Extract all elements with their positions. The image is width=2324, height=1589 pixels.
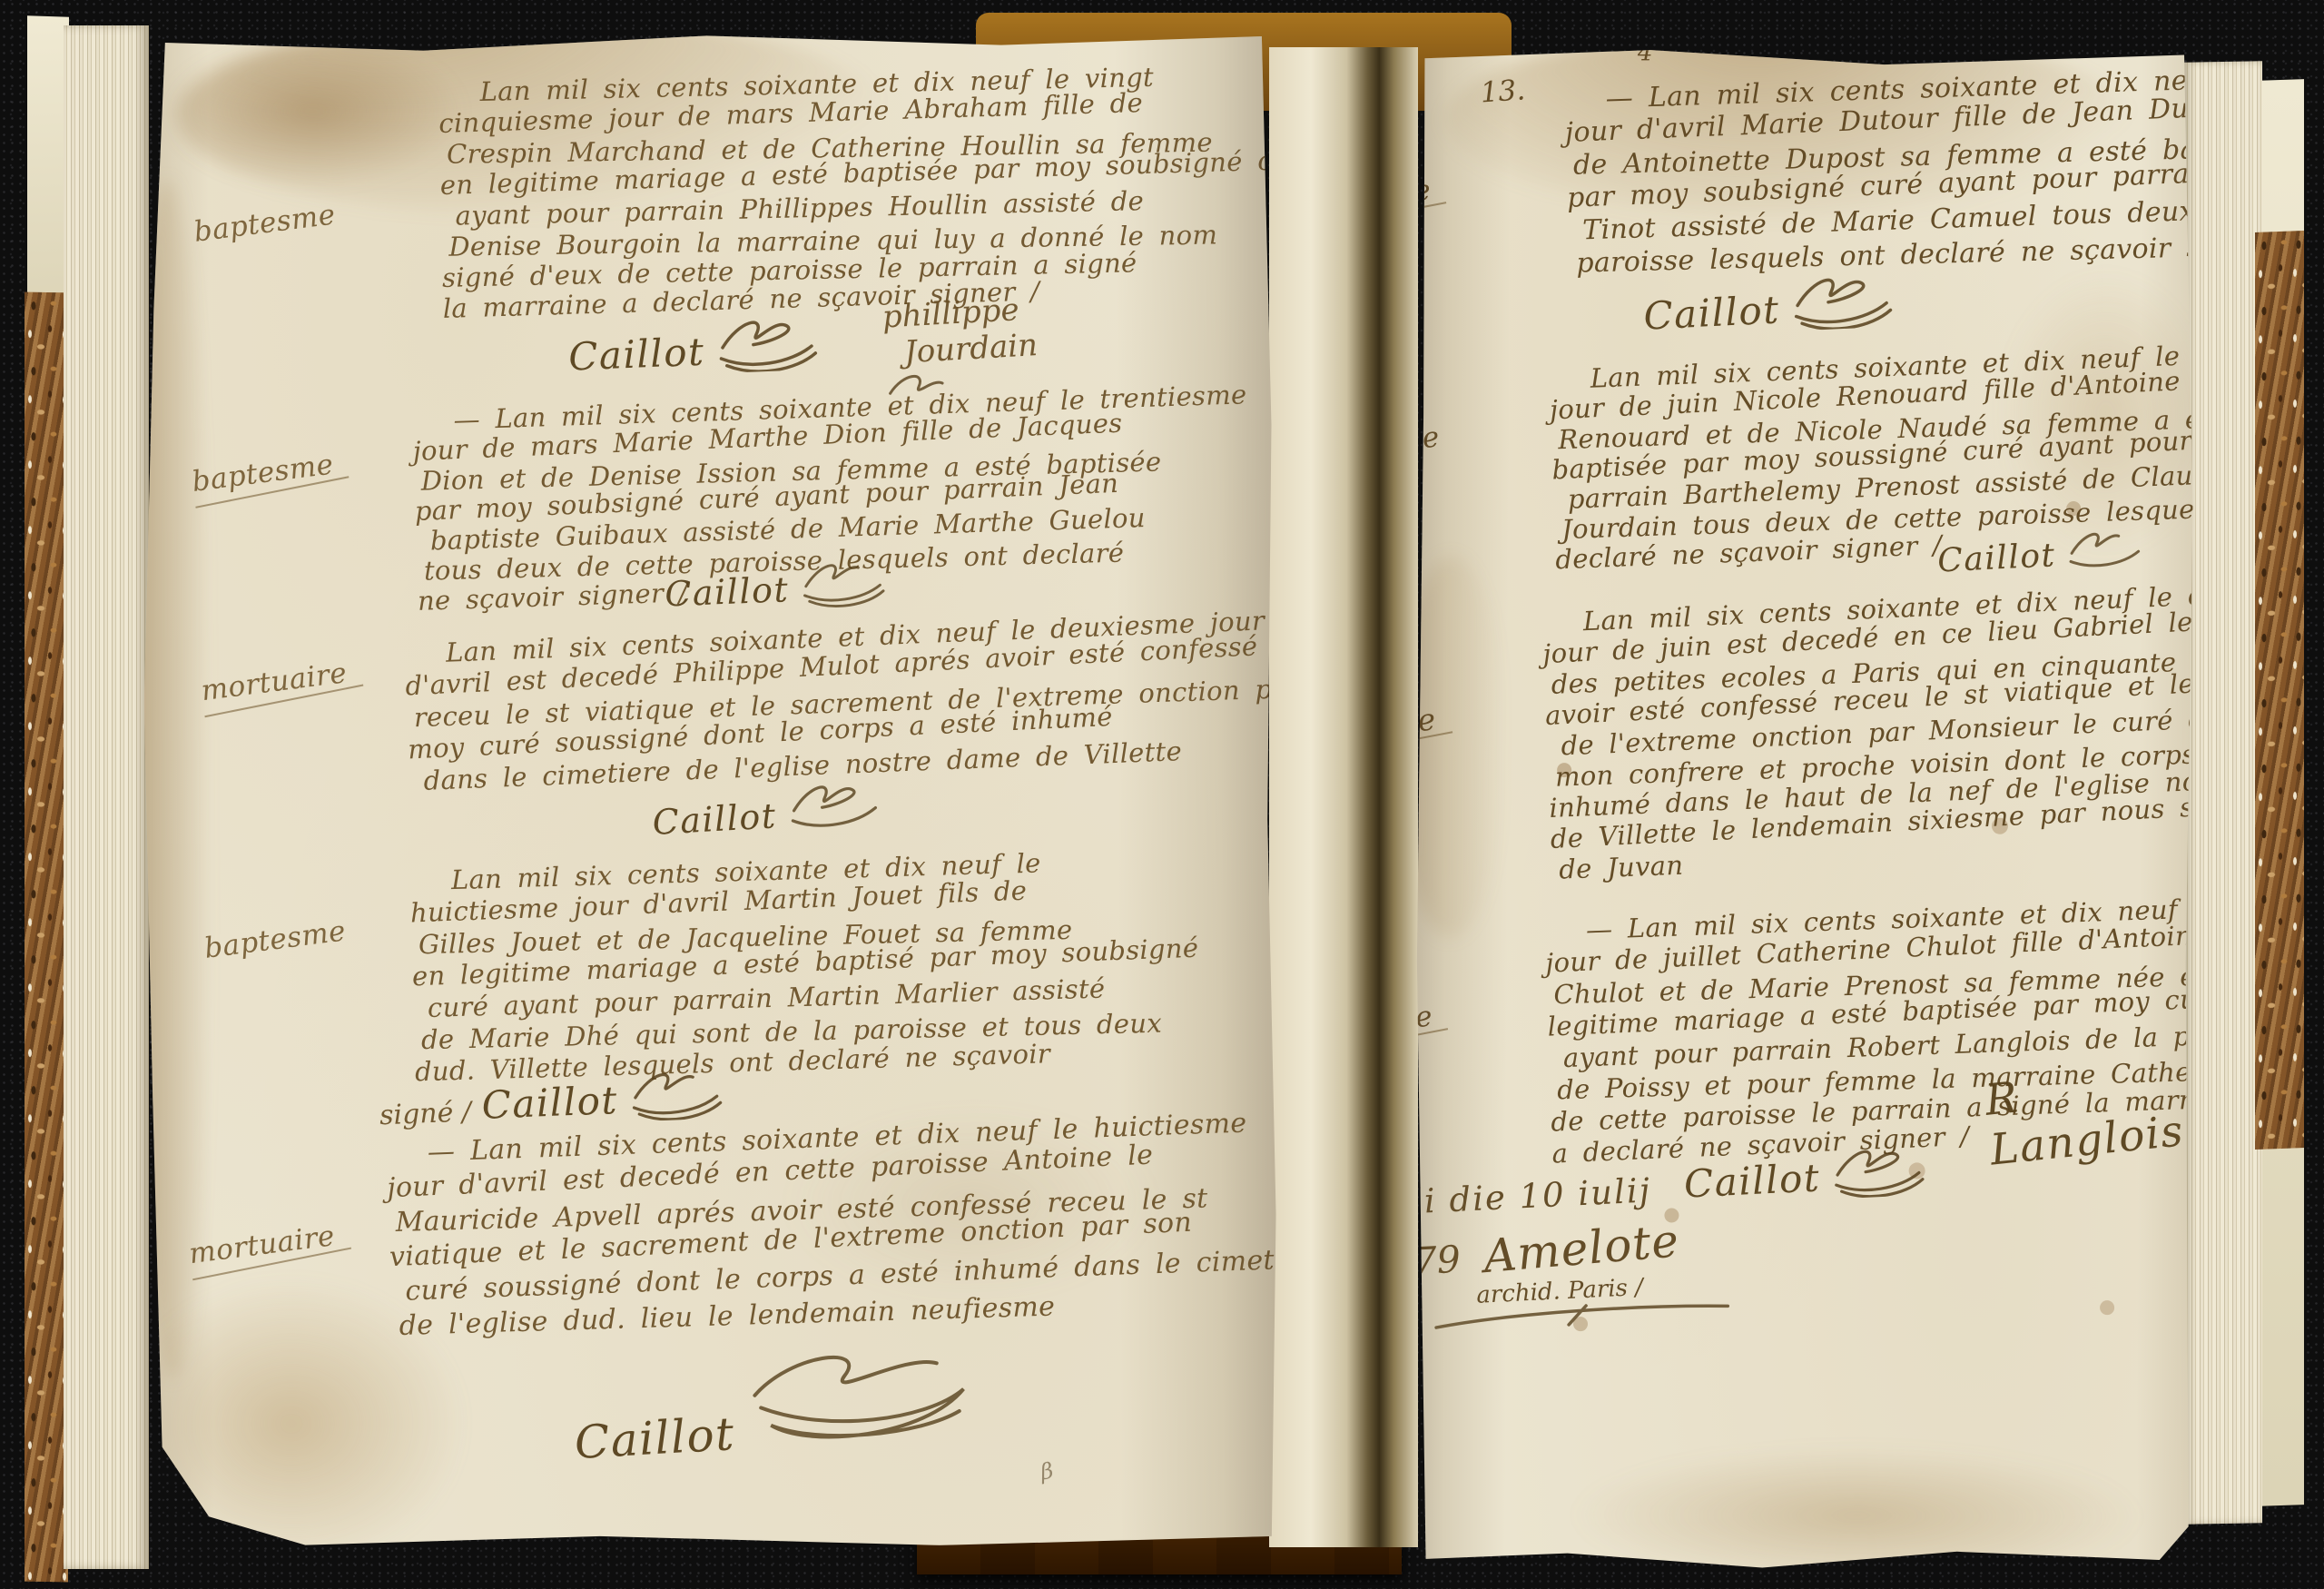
entry-line: jour de juillet Catherine Chulot fille d… xyxy=(1545,920,2191,979)
signature-row: Caillot xyxy=(664,555,891,615)
entry-line: — Lan mil six cents soixante et dix neuf… xyxy=(427,1107,1239,1170)
entry-line: de Antoinette Dupost sa femme a esté bap… xyxy=(1573,134,2184,183)
entry-line: — Lan mil six cents soixante et dix neuf… xyxy=(453,380,1229,436)
entry-text: — Lan mil six cents soixante et dix neuf… xyxy=(385,1107,1246,1344)
register-entry: — Lan mil six cents soixante et dix neuf… xyxy=(1543,893,2196,1170)
bottom-stain xyxy=(1575,1446,2139,1584)
signature-amelote: Amelote xyxy=(1482,1214,1681,1283)
signature-caillot: Caillot xyxy=(481,1078,619,1128)
entry-line: Lan mil six cents soixante et dix neuf l… xyxy=(1590,341,2175,394)
signature-caillot: Caillot xyxy=(651,795,777,843)
margin-annotation: baptesme xyxy=(192,198,338,248)
entry-text: — Lan mil six cents soixante et dix neuf… xyxy=(1563,65,2186,281)
entry-line: curé ayant pour parrain Martin Marlier a… xyxy=(428,970,1231,1024)
signature-paraph xyxy=(799,555,891,609)
entry-line: de l'extreme onction par Monsieur le cur… xyxy=(1561,704,2191,761)
signature-row: Caillot xyxy=(1642,268,1901,339)
entry-line: de l'eglise dud. lieu le lendemain neufi… xyxy=(399,1284,1246,1344)
entry-line: Renouard et de Nicole Naudé sa femme a e… xyxy=(1558,405,2178,455)
signature-row: Caillot xyxy=(651,775,889,843)
entry-text: — Lan mil six cents soixante et dix neuf… xyxy=(1543,893,2196,1170)
witness-name-line: Jourdain xyxy=(903,327,1039,370)
entry-line: Tinot assisté de Marie Camuel tous deux … xyxy=(1582,196,2186,248)
entry-line: dans le cimetiere de l'eglise nostre dam… xyxy=(423,733,1245,796)
signature-caillot: Caillot xyxy=(1642,287,1780,338)
entry-line: — Lan mil six cents soixante et dix neuf… xyxy=(1605,65,2181,116)
page-edge-stack-right xyxy=(2184,61,2262,1525)
top-folio-mark: 4 xyxy=(1638,39,1653,66)
entry-line: inhumé dans le haut de la nef de l'eglis… xyxy=(1549,765,2194,824)
water-stain xyxy=(1443,26,2134,220)
entry-line: Crespin Marchand et de Catherine Houllin… xyxy=(447,126,1238,170)
binding-gutter xyxy=(1269,47,1418,1547)
entry-line: par moy soubsigné curé ayant pour parrai… xyxy=(414,464,1232,527)
entry-line: de Poissy et pour femme la marraine Cath… xyxy=(1557,1056,2195,1106)
entry-line: declaré ne sçavoir signer / xyxy=(1555,521,2182,575)
entry-line: Lan mil six cents soixante et dix neuf l… xyxy=(479,60,1237,107)
signature-row: Caillot xyxy=(570,1337,974,1469)
signature-row: signé / Caillot xyxy=(378,1063,729,1131)
signature-paraph xyxy=(714,311,825,374)
entry-line: avoir esté confessé receu le st viatique… xyxy=(1544,668,2190,731)
signature-paraph xyxy=(885,369,947,405)
ink-blot-mark: β xyxy=(1039,1457,1056,1485)
entry-line: cinquiesme jour de mars Marie Abraham fi… xyxy=(438,84,1238,139)
margin-annotation: baptesme xyxy=(202,914,348,964)
entry-line: huictiesme jour d'avril Martin Jouet fil… xyxy=(409,867,1227,929)
left-page: baptesme Lan mil six cents soixante et d… xyxy=(140,30,1279,1553)
entry-line: la marraine a declaré ne sçavoir signer … xyxy=(442,270,1242,324)
signature-row: Caillot xyxy=(567,311,825,380)
signature-row: Caillot xyxy=(1936,524,2149,579)
witness-name-line: phillippe xyxy=(881,291,1037,336)
entry-line: mon confrere et proche voisin dont le co… xyxy=(1554,739,2192,793)
entry-line: Lan mil six cents soixante et dix neuf l… xyxy=(450,843,1226,897)
edge-stain xyxy=(1996,268,2215,559)
entry-line: moy curé soussigné dont le corps a esté … xyxy=(407,695,1243,765)
entry-line: jour d'avril est decedé en cette paroiss… xyxy=(387,1134,1241,1206)
water-stain xyxy=(176,14,885,216)
visitation-title: archid. Paris / xyxy=(1476,1269,1731,1309)
entry-line: Gilles Jouet et de Jacqueline Fouet sa f… xyxy=(419,911,1229,961)
water-stain xyxy=(158,34,468,189)
entry-text: Lan mil six cents soixante et dix neuf l… xyxy=(403,606,1244,797)
margin-annotation: baptesme xyxy=(191,448,337,502)
signature-caillot: Caillot xyxy=(567,330,705,380)
register-entry: Lan mil six cents soixante et dix neuf l… xyxy=(403,606,1244,797)
entry-text: Lan mil six cents soixante et dix neuf l… xyxy=(409,843,1232,1089)
entry-text: Lan mil six cents soixante et dix neuf l… xyxy=(438,60,1242,324)
entry-line: legitime mariage a esté baptisée par moy… xyxy=(1547,983,2192,1042)
entry-line: baptiste Guibaux assisté de Marie Marthe… xyxy=(429,500,1233,557)
signature-paraph xyxy=(1789,268,1901,331)
entry-line: signé d'eux de cette paroisse le parrain… xyxy=(442,245,1242,293)
entry-line: ayant pour parrain Robert Langlois de la… xyxy=(1562,1021,2193,1074)
register-entry: Lan mil six cents soixante et dix neuf l… xyxy=(1541,581,2196,885)
marbled-endpaper-left xyxy=(25,292,68,1583)
manuscript-photo: baptesme Lan mil six cents soixante et d… xyxy=(0,0,2324,1589)
register-entry: — Lan mil six cents soixante et dix neuf… xyxy=(1563,65,2186,281)
entry-line: viatique et le sacrement de l'extreme on… xyxy=(389,1203,1243,1275)
register-entry: — Lan mil six cents soixante et dix neuf… xyxy=(411,380,1235,617)
entry-line: Chulot et de Marie Prenost sa femme née … xyxy=(1553,961,2191,1011)
entry-line: baptisée par moy soussigné curé ayant po… xyxy=(1551,427,2179,486)
entry-line: jour de mars Marie Marthe Dion fille de … xyxy=(412,404,1230,467)
page-edge-stack-left xyxy=(64,25,149,1569)
marbled-endpaper-right xyxy=(2255,231,2304,1150)
entry-line: jour de juin Nicole Renouard fille d'Ant… xyxy=(1549,367,2176,426)
register-entry: Lan mil six cents soixante et dix neuf l… xyxy=(1548,341,2181,575)
signature-caillot: Caillot xyxy=(1683,1155,1821,1206)
entry-line: Mauricide Apvell aprés avoir esté confes… xyxy=(395,1180,1242,1240)
signature-langlois: R Langlois xyxy=(1983,1056,2186,1175)
corner-stain xyxy=(118,1278,464,1570)
entry-line: de cette paroisse le parrain a signé la … xyxy=(1551,1084,2196,1139)
witness-signature: phillippe Jourdain xyxy=(881,291,1040,404)
entry-text: Lan mil six cents soixante et dix neuf l… xyxy=(1548,341,2181,575)
entry-line: Lan mil six cents soixante et dix neuf l… xyxy=(445,606,1239,668)
margin-annotation: mortuaire xyxy=(200,656,350,712)
foxing-specks xyxy=(1523,738,1532,747)
entry-line: a declaré ne sçavoir signer / xyxy=(1551,1110,2197,1170)
entry-line: parrain Barthelemy Prenost assisté de Cl… xyxy=(1567,461,2180,515)
entry-line: curé soussigné dont le corps a esté inhu… xyxy=(405,1245,1245,1309)
signature-prefix: signé / xyxy=(379,1096,471,1131)
visitation-underline-flourish xyxy=(1432,1297,1732,1335)
entry-line: de Villette le lendemain sixiesme par no… xyxy=(1550,792,2195,854)
signature-paraph xyxy=(785,775,888,834)
entry-line: jour d'avril Marie Dutour fille de Jean … xyxy=(1564,93,2182,150)
right-page: 13. 4 baptesme — Lan mil six cents soixa… xyxy=(1412,48,2196,1573)
entry-line: tous deux de cette paroisse lesquels ont… xyxy=(424,535,1235,586)
entry-line: ne sçavoir signer / xyxy=(417,560,1235,617)
entry-line: d'avril est decedé Philippe Mulot aprés … xyxy=(405,631,1241,702)
entry-line: jour de juin est decedé en ce lieu Gabri… xyxy=(1541,607,2187,669)
register-entry: Lan mil six cents soixante et dix neuf l… xyxy=(438,60,1242,324)
page-number: 13. xyxy=(1480,74,1527,109)
entry-line: en legitime mariage a esté baptisé par m… xyxy=(411,931,1229,992)
signature-paraph xyxy=(2065,524,2149,573)
register-entry: Lan mil six cents soixante et dix neuf l… xyxy=(409,843,1232,1089)
entry-text: — Lan mil six cents soixante et dix neuf… xyxy=(411,380,1235,617)
signature-row: Caillot xyxy=(1682,1140,1932,1206)
entry-line: paroisse lesquels ont declaré ne sçavoir… xyxy=(1576,232,2187,281)
entry-line: en legitime mariage a esté baptisée par … xyxy=(439,146,1239,201)
signature-paraph xyxy=(1829,1140,1932,1199)
faint-stain xyxy=(781,1102,1163,1304)
signature-caillot: Caillot xyxy=(1936,537,2056,579)
entry-line: — Lan mil six cents soixante et dix neuf… xyxy=(1585,893,2189,946)
signature-paraph xyxy=(627,1063,729,1121)
entry-line: de Juvan xyxy=(1559,832,2197,885)
entry-line: dud. Villette lesquels ont declaré ne sç… xyxy=(415,1032,1233,1088)
visitation-signature-line: 1679 Amelote xyxy=(1364,1215,1729,1285)
entry-text: Lan mil six cents soixante et dix neuf l… xyxy=(1541,581,2196,885)
entry-line: Lan mil six cents soixante et dix neuf l… xyxy=(1582,581,2186,637)
signature-caillot: Caillot xyxy=(664,569,789,614)
entry-line: des petites ecoles a Paris qui en cinqua… xyxy=(1551,646,2189,700)
margin-annotation: mortuaire xyxy=(187,1219,337,1275)
entry-line: de Marie Dhé qui sont de la paroisse et … xyxy=(421,1006,1232,1056)
entry-line: Dion et de Denise Ission sa femme a esté… xyxy=(420,445,1231,496)
entry-line: Denise Bourgoin la marraine qui luy a do… xyxy=(448,219,1240,262)
entry-line: receu le st viatique et le sacrement de … xyxy=(413,675,1242,734)
register-entry: — Lan mil six cents soixante et dix neuf… xyxy=(385,1107,1246,1344)
signature-flourish xyxy=(741,1337,973,1459)
entry-line: ayant pour parrain Phillippes Houllin as… xyxy=(455,183,1240,232)
entry-line: Jourdain tous deux de cette paroisse les… xyxy=(1561,495,2181,545)
signature-caillot: Caillot xyxy=(573,1407,736,1469)
entry-line: par moy soubsigné curé ayant pour parrai… xyxy=(1566,158,2184,215)
